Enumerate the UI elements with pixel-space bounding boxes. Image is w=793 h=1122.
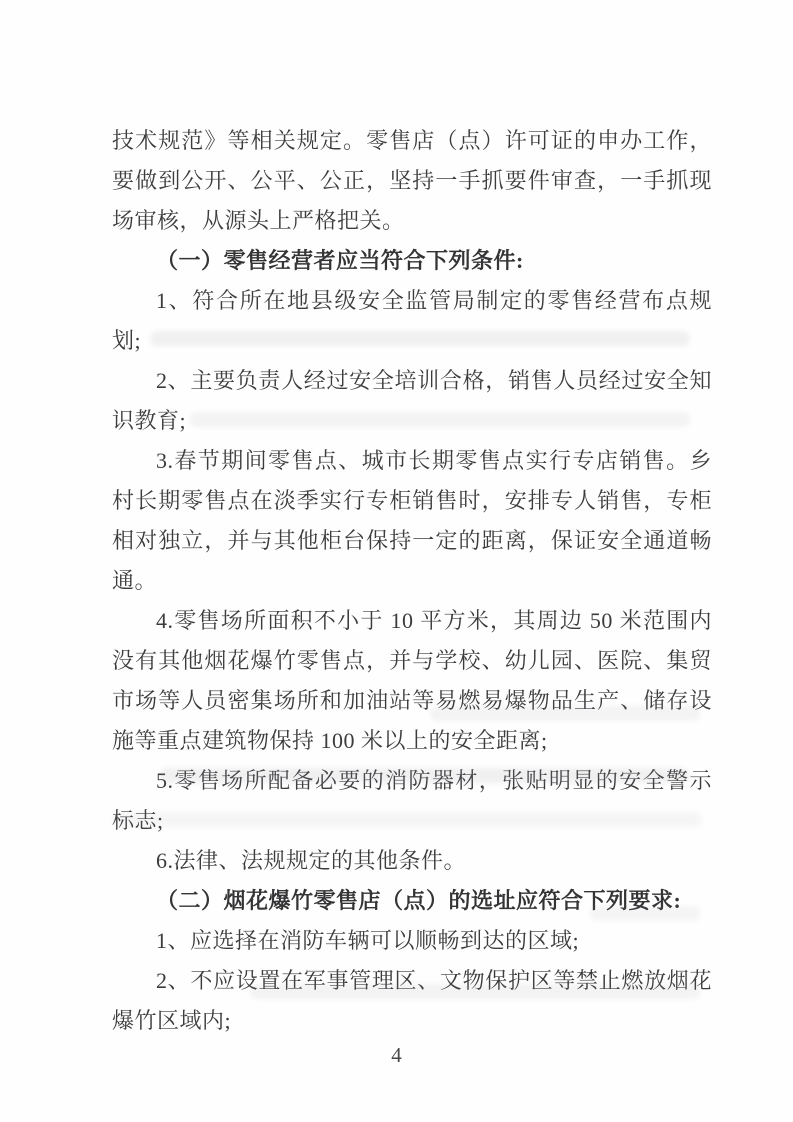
section-heading: （二）烟花爆竹零售店（点）的选址应符合下列要求: bbox=[112, 881, 712, 921]
scanned-document-page: 技术规范》等相关规定。零售店（点）许可证的申办工作，要做到公开、公平、公正，坚持… bbox=[0, 0, 793, 1122]
paragraph: 6.法律、法规规定的其他条件。 bbox=[112, 841, 712, 881]
paragraph: 1、符合所在地县级安全监管局制定的零售经营布点规划; bbox=[112, 281, 712, 361]
paragraph: 3.春节期间零售点、城市长期零售点实行专店销售。乡村长期零售点在淡季实行专柜销售… bbox=[112, 441, 712, 601]
paragraph: 4.零售场所面积不小于 10 平方米，其周边 50 米范围内没有其他烟花爆竹零售… bbox=[112, 601, 712, 761]
paragraph: 2、不应设置在军事管理区、文物保护区等禁止燃放烟花爆竹区域内; bbox=[112, 961, 712, 1041]
document-body: 技术规范》等相关规定。零售店（点）许可证的申办工作，要做到公开、公平、公正，坚持… bbox=[112, 121, 712, 1041]
paragraph: 技术规范》等相关规定。零售店（点）许可证的申办工作，要做到公开、公平、公正，坚持… bbox=[112, 121, 712, 241]
section-heading: （一）零售经营者应当符合下列条件: bbox=[112, 241, 712, 281]
paragraph: 1、应选择在消防车辆可以顺畅到达的区域; bbox=[112, 921, 712, 961]
paragraph: 2、主要负责人经过安全培训合格，销售人员经过安全知识教育; bbox=[112, 361, 712, 441]
page-number: 4 bbox=[0, 1038, 793, 1072]
paragraph: 5.零售场所配备必要的消防器材，张贴明显的安全警示标志; bbox=[112, 761, 712, 841]
